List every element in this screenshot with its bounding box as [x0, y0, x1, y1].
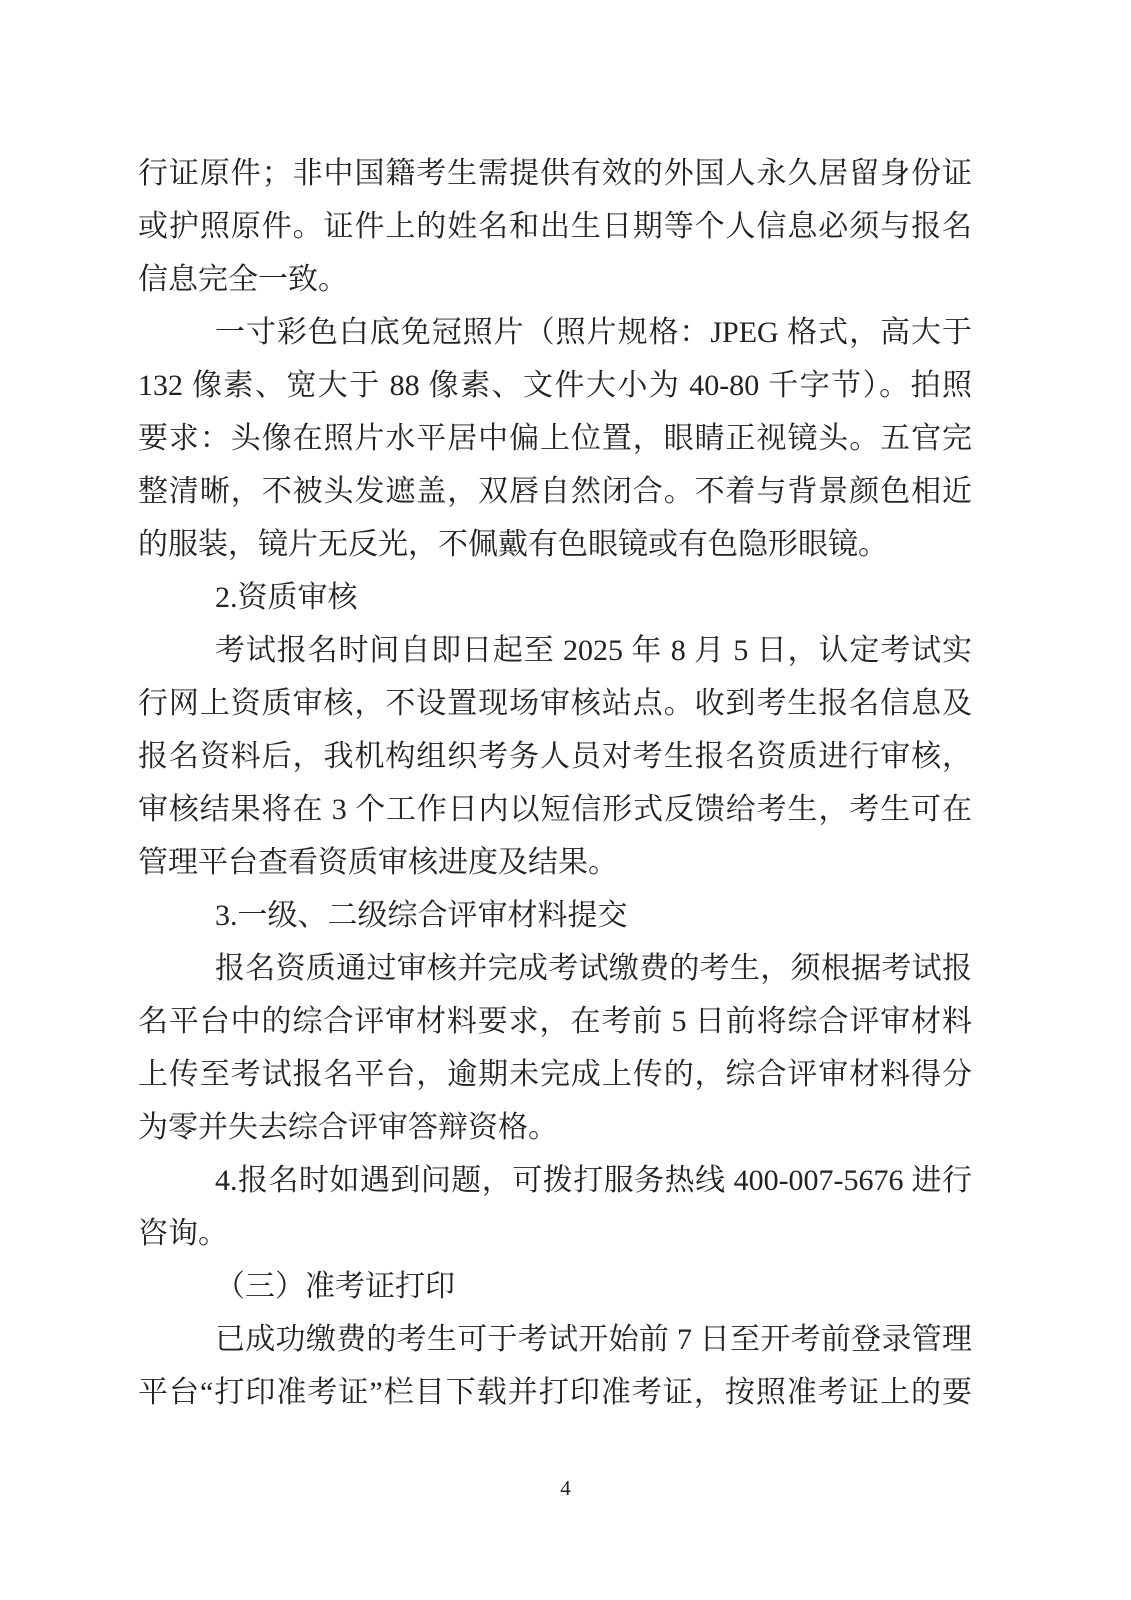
- text-line: 管理平台查看资质审核进度及结果。: [138, 836, 972, 889]
- paragraph-service-hotline: 4.报名时如遇到问题，可拨打服务热线 400-007-5676 进行 咨询。: [138, 1154, 972, 1260]
- text-line: 报名资质通过审核并完成考试缴费的考生，须根据考试报: [138, 942, 972, 995]
- text-line: 4.报名时如遇到问题，可拨打服务热线 400-007-5676 进行: [138, 1154, 972, 1207]
- section-heading: （三）准考证打印: [138, 1260, 972, 1313]
- text-line: 一寸彩色白底免冠照片（照片规格：JPEG 格式，高大于: [138, 306, 972, 359]
- text-line: 名平台中的综合评审材料要求，在考前 5 日前将综合评审材料: [138, 995, 972, 1048]
- text-line: 要求：头像在照片水平居中偏上位置，眼睛正视镜头。五官完: [138, 412, 972, 465]
- section-heading: 2.资质审核: [138, 571, 972, 624]
- text-line: 或护照原件。证件上的姓名和出生日期等个人信息必须与报名: [138, 200, 972, 253]
- text-line: 行网上资质审核，不设置现场审核站点。收到考生报名信息及: [138, 677, 972, 730]
- text-line: 行证原件；非中国籍考生需提供有效的外国人永久居留身份证: [138, 147, 972, 200]
- heading-qualification-review: 2.资质审核: [138, 571, 972, 624]
- text-line: 的服装，镜片无反光，不佩戴有色眼镜或有色隐形眼镜。: [138, 518, 972, 571]
- text-line: 审核结果将在 3 个工作日内以短信形式反馈给考生，考生可在: [138, 783, 972, 836]
- paragraph-id-requirements-continued: 行证原件；非中国籍考生需提供有效的外国人永久居留身份证 或护照原件。证件上的姓名…: [138, 147, 972, 306]
- text-line: 已成功缴费的考生可于考试开始前 7 日至开考前登录管理: [138, 1313, 972, 1366]
- page-footer: 4: [0, 1474, 1131, 1502]
- section-heading: 3.一级、二级综合评审材料提交: [138, 889, 972, 942]
- paragraph-admission-ticket-printing-details: 已成功缴费的考生可于考试开始前 7 日至开考前登录管理 平台“打印准考证”栏目下…: [138, 1313, 972, 1419]
- paragraph-review-material-submission-details: 报名资质通过审核并完成考试缴费的考生，须根据考试报 名平台中的综合评审材料要求，…: [138, 942, 972, 1154]
- page-number: 4: [560, 1474, 571, 1502]
- text-line: 为零并失去综合评审答辩资格。: [138, 1101, 972, 1154]
- text-line: 考试报名时间自即日起至 2025 年 8 月 5 日，认定考试实: [138, 624, 972, 677]
- paragraph-photo-requirements: 一寸彩色白底免冠照片（照片规格：JPEG 格式，高大于 132 像素、宽大于 8…: [138, 306, 972, 571]
- document-page: 行证原件；非中国籍考生需提供有效的外国人永久居留身份证 或护照原件。证件上的姓名…: [0, 0, 1131, 1600]
- heading-admission-ticket-printing: （三）准考证打印: [138, 1260, 972, 1313]
- text-line: 报名资料后，我机构组织考务人员对考生报名资质进行审核，: [138, 730, 972, 783]
- text-line: 平台“打印准考证”栏目下载并打印准考证，按照准考证上的要: [138, 1366, 972, 1419]
- text-line: 信息完全一致。: [138, 253, 972, 306]
- paragraph-qualification-review-details: 考试报名时间自即日起至 2025 年 8 月 5 日，认定考试实 行网上资质审核…: [138, 624, 972, 889]
- heading-review-material-submission: 3.一级、二级综合评审材料提交: [138, 889, 972, 942]
- text-line: 咨询。: [138, 1207, 972, 1260]
- text-line: 132 像素、宽大于 88 像素、文件大小为 40-80 千字节）。拍照: [138, 359, 972, 412]
- document-body: 行证原件；非中国籍考生需提供有效的外国人永久居留身份证 或护照原件。证件上的姓名…: [138, 147, 972, 1419]
- text-line: 上传至考试报名平台，逾期未完成上传的，综合评审材料得分: [138, 1048, 972, 1101]
- text-line: 整清晰，不被头发遮盖，双唇自然闭合。不着与背景颜色相近: [138, 465, 972, 518]
